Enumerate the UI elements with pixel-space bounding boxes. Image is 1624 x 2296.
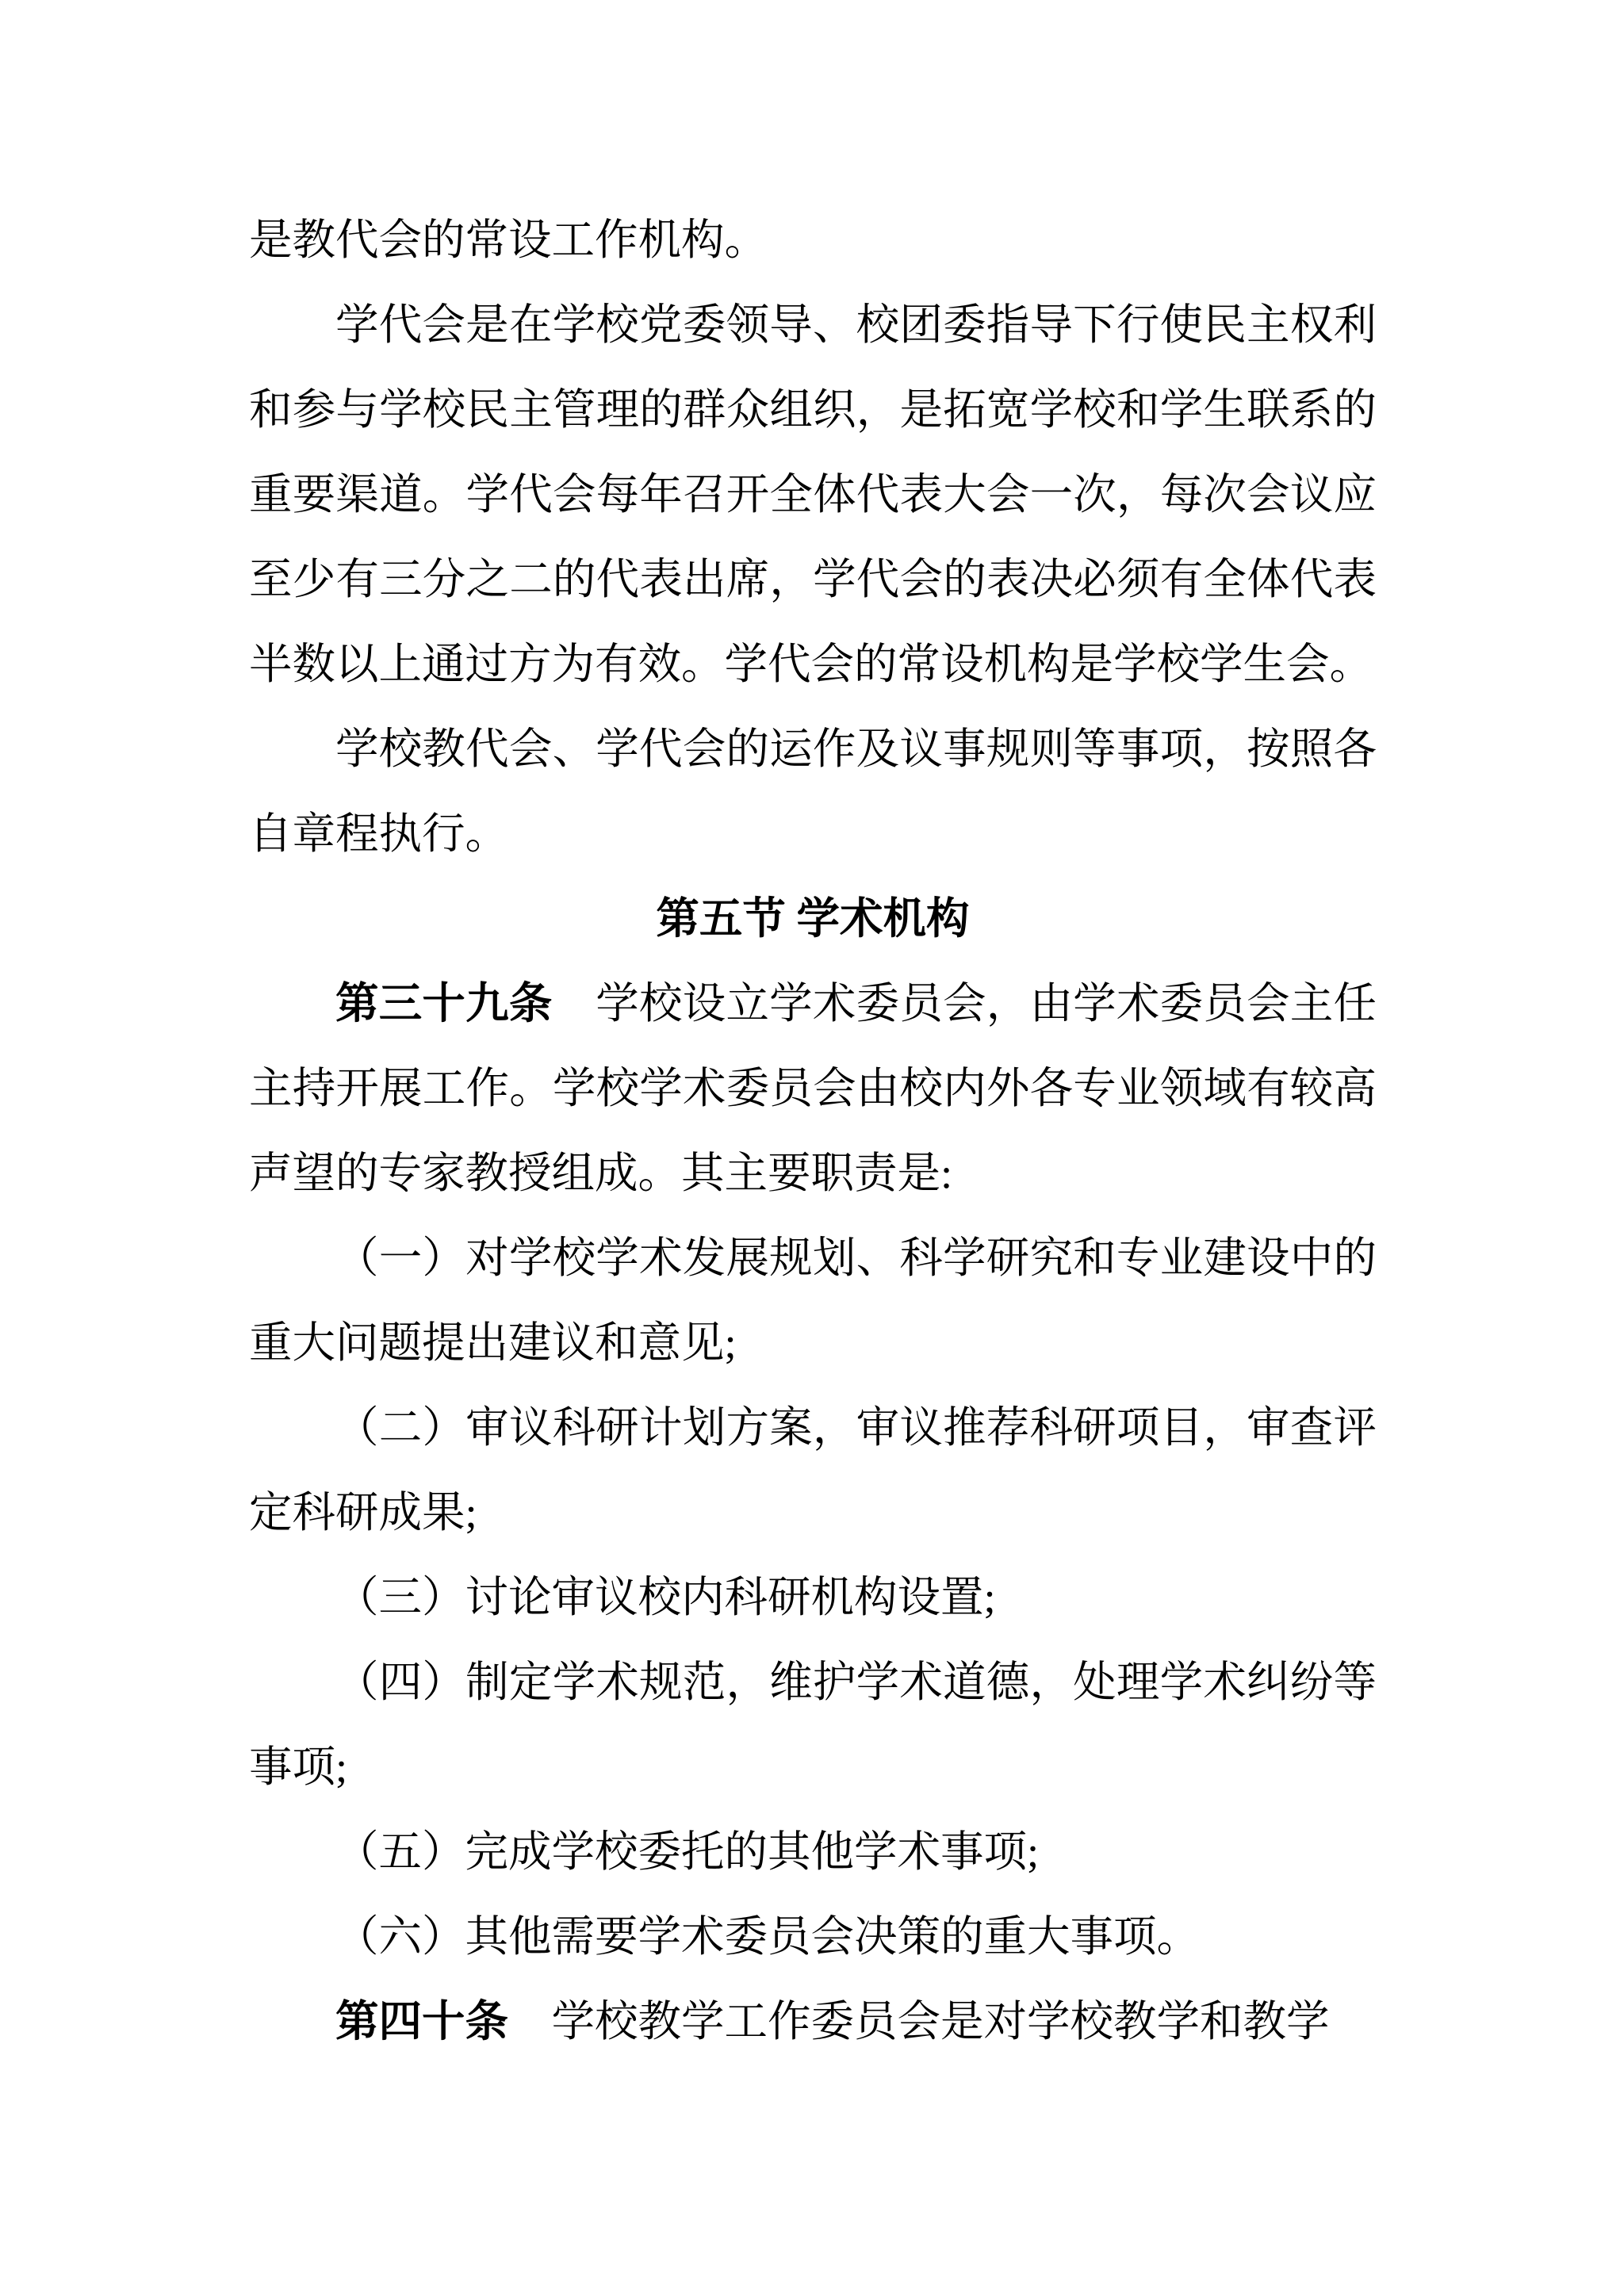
document-page: 是教代会的常设工作机构。 学代会是在学校党委领导、校团委指导下行使民主权利和参与… [0, 0, 1624, 2296]
list-item-paragraph: （二）审议科研计划方案，审议推荐科研项目，审查评定科研成果; [249, 1385, 1377, 1555]
list-item-paragraph: （五）完成学校委托的其他学术事项; [249, 1809, 1377, 1894]
article-number: 第三十九条 [335, 979, 553, 1027]
body-paragraph: 学代会是在学校党委领导、校团委指导下行使民主权利和参与学校民主管理的群众组织，是… [249, 282, 1377, 706]
list-item-paragraph: （六）其他需要学术委员会决策的重大事项。 [249, 1894, 1377, 1979]
document-content: 是教代会的常设工作机构。 学代会是在学校党委领导、校团委指导下行使民主权利和参与… [249, 197, 1377, 2064]
article-paragraph: 第三十九条 学校设立学术委员会，由学术委员会主任主持开展工作。学校学术委员会由校… [249, 961, 1377, 1215]
body-paragraph: 是教代会的常设工作机构。 [249, 197, 1377, 282]
body-paragraph: 学校教代会、学代会的运作及议事规则等事项，按照各自章程执行。 [249, 706, 1377, 876]
list-item-paragraph: （四）制定学术规范，维护学术道德，处理学术纠纷等事项; [249, 1640, 1377, 1809]
article-number: 第四十条 [335, 1997, 508, 2045]
article-body-text: 学校教学工作委员会是对学校教学和教学 [508, 1997, 1330, 2045]
list-item-paragraph: （一）对学校学术发展规划、科学研究和专业建设中的重大问题提出建议和意见; [249, 1215, 1377, 1385]
article-paragraph: 第四十条 学校教学工作委员会是对学校教学和教学 [249, 1979, 1377, 2064]
section-heading: 第五节 学术机构 [249, 876, 1377, 961]
list-item-paragraph: （三）讨论审议校内科研机构设置; [249, 1555, 1377, 1640]
